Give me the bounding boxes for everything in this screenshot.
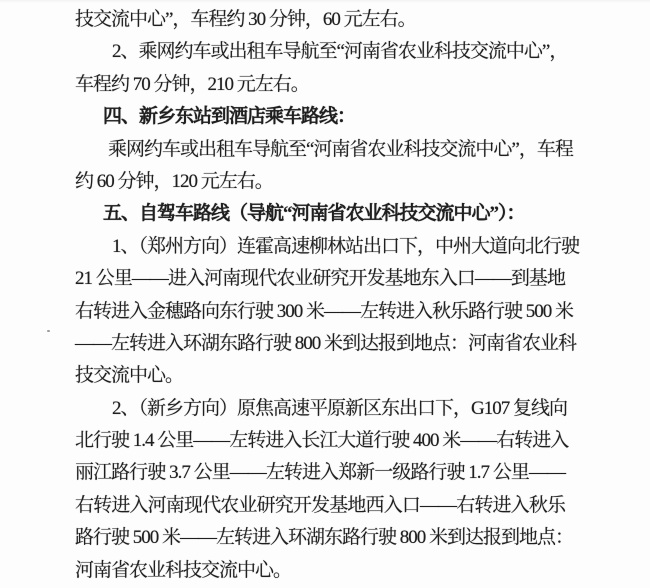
text-line: 1、（郑州方向）连霍高速柳林站出口下，中州大道向北行驶 <box>75 231 565 263</box>
scanned-page: 技交流中心”，车程约 30 分钟，60 元左右。2、乘网约车或出租车导航至“河南… <box>0 0 650 588</box>
text-line: 北行驶 1.4 公里——左转进入长江大道行驶 400 米——右转进入 <box>75 425 565 457</box>
text-line: 21 公里——进入河南现代农业研究开发基地东入口——到基地 <box>75 263 565 295</box>
text-line: 右转进入金穗路向东行驶 300 米——左转进入秋乐路行驶 500 米 <box>75 296 565 328</box>
text-line: 右转进入河南现代农业研究开发基地西入口——右转进入秋乐 <box>75 490 565 522</box>
text-line: 车程约 70 分钟，210 元左右。 <box>75 69 565 101</box>
text-line: 乘网约车或出租车导航至“河南省农业科技交流中心”，车程 <box>75 134 565 166</box>
text-line: 2、乘网约车或出租车导航至“河南省农业科技交流中心”， <box>75 36 565 68</box>
text-line: 丽江路行驶 3.7 公里——左转进入郑新一级路行驶 1.7 公里—— <box>75 457 565 489</box>
text-line: 技交流中心。 <box>75 360 565 392</box>
scan-speck <box>47 330 50 332</box>
text-line: 路行驶 500 米——左转进入环湖东路行驶 800 米到达报到地点： <box>75 522 565 554</box>
text-line: 五、自驾车路线（导航“河南省农业科技交流中心”）： <box>75 198 565 230</box>
text-line: ——左转进入环湖东路行驶 800 米到达报到地点：河南省农业科 <box>75 328 565 360</box>
document-lines: 技交流中心”，车程约 30 分钟，60 元左右。2、乘网约车或出租车导航至“河南… <box>75 4 565 587</box>
text-line: 2、（新乡方向）原焦高速平原新区东出口下，G107 复线向 <box>75 393 565 425</box>
text-line: 四、新乡东站到酒店乘车路线： <box>75 101 565 133</box>
text-line: 河南省农业科技交流中心。 <box>75 555 565 587</box>
text-line: 技交流中心”，车程约 30 分钟，60 元左右。 <box>75 4 565 36</box>
text-line: 约 60 分钟，120 元左右。 <box>75 166 565 198</box>
